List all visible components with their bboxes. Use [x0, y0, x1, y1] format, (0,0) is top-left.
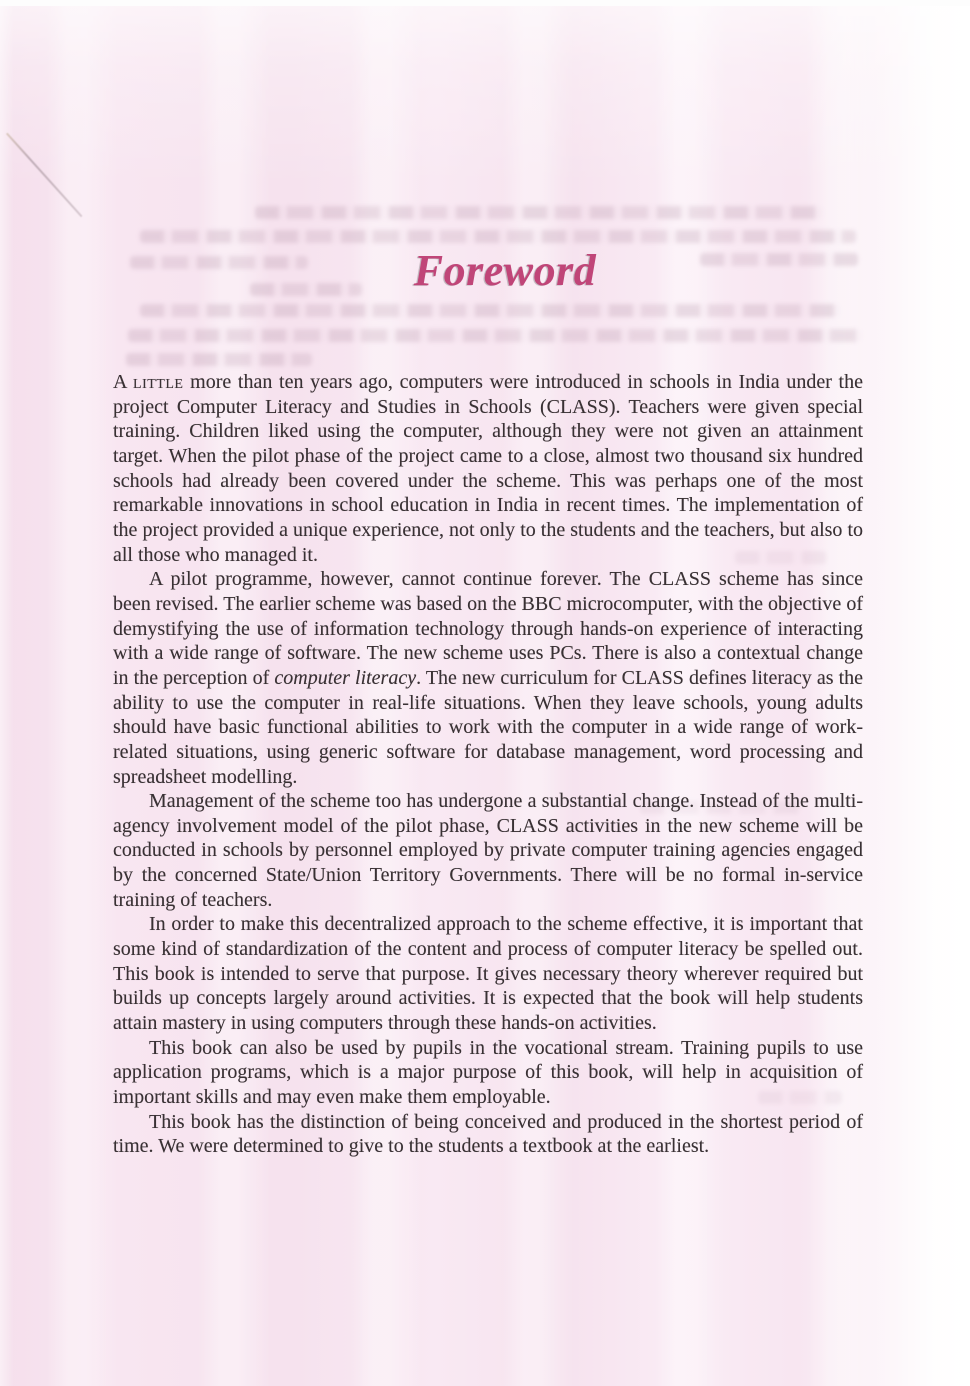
bleed-through-text-line: [140, 304, 840, 317]
text-segment: computer literacy: [274, 667, 416, 689]
bleed-through-text-line: [140, 230, 856, 243]
text-segment: Management of the scheme too has undergo…: [113, 790, 863, 911]
paragraph: This book can also be used by pupils in …: [113, 1036, 863, 1110]
text-segment: A: [113, 371, 133, 393]
paragraph: In order to make this decentralized appr…: [113, 912, 863, 1035]
bleed-through-text-line: [128, 329, 862, 342]
bleed-through-text-line: [255, 206, 823, 219]
crease-mark: [6, 133, 82, 218]
page-title: Foreword: [0, 249, 970, 293]
scanned-page: Foreword A little more than ten years ag…: [0, 0, 970, 1386]
paragraph: A pilot programme, however, cannot conti…: [113, 567, 863, 789]
bleed-through-text-line: [126, 353, 312, 366]
page-surface: Foreword A little more than ten years ag…: [0, 6, 970, 1386]
foreword-body: A little more than ten years ago, comput…: [113, 370, 863, 1159]
text-segment: little: [133, 371, 183, 393]
text-segment: more than ten years ago, computers were …: [113, 371, 863, 566]
text-segment: This book can also be used by pupils in …: [113, 1037, 863, 1108]
paragraph: Management of the scheme too has undergo…: [113, 789, 863, 912]
paragraph: This book has the distinction of being c…: [113, 1110, 863, 1159]
paragraph: A little more than ten years ago, comput…: [113, 370, 863, 567]
text-segment: This book has the distinction of being c…: [113, 1111, 863, 1158]
text-segment: In order to make this decentralized appr…: [113, 913, 863, 1034]
